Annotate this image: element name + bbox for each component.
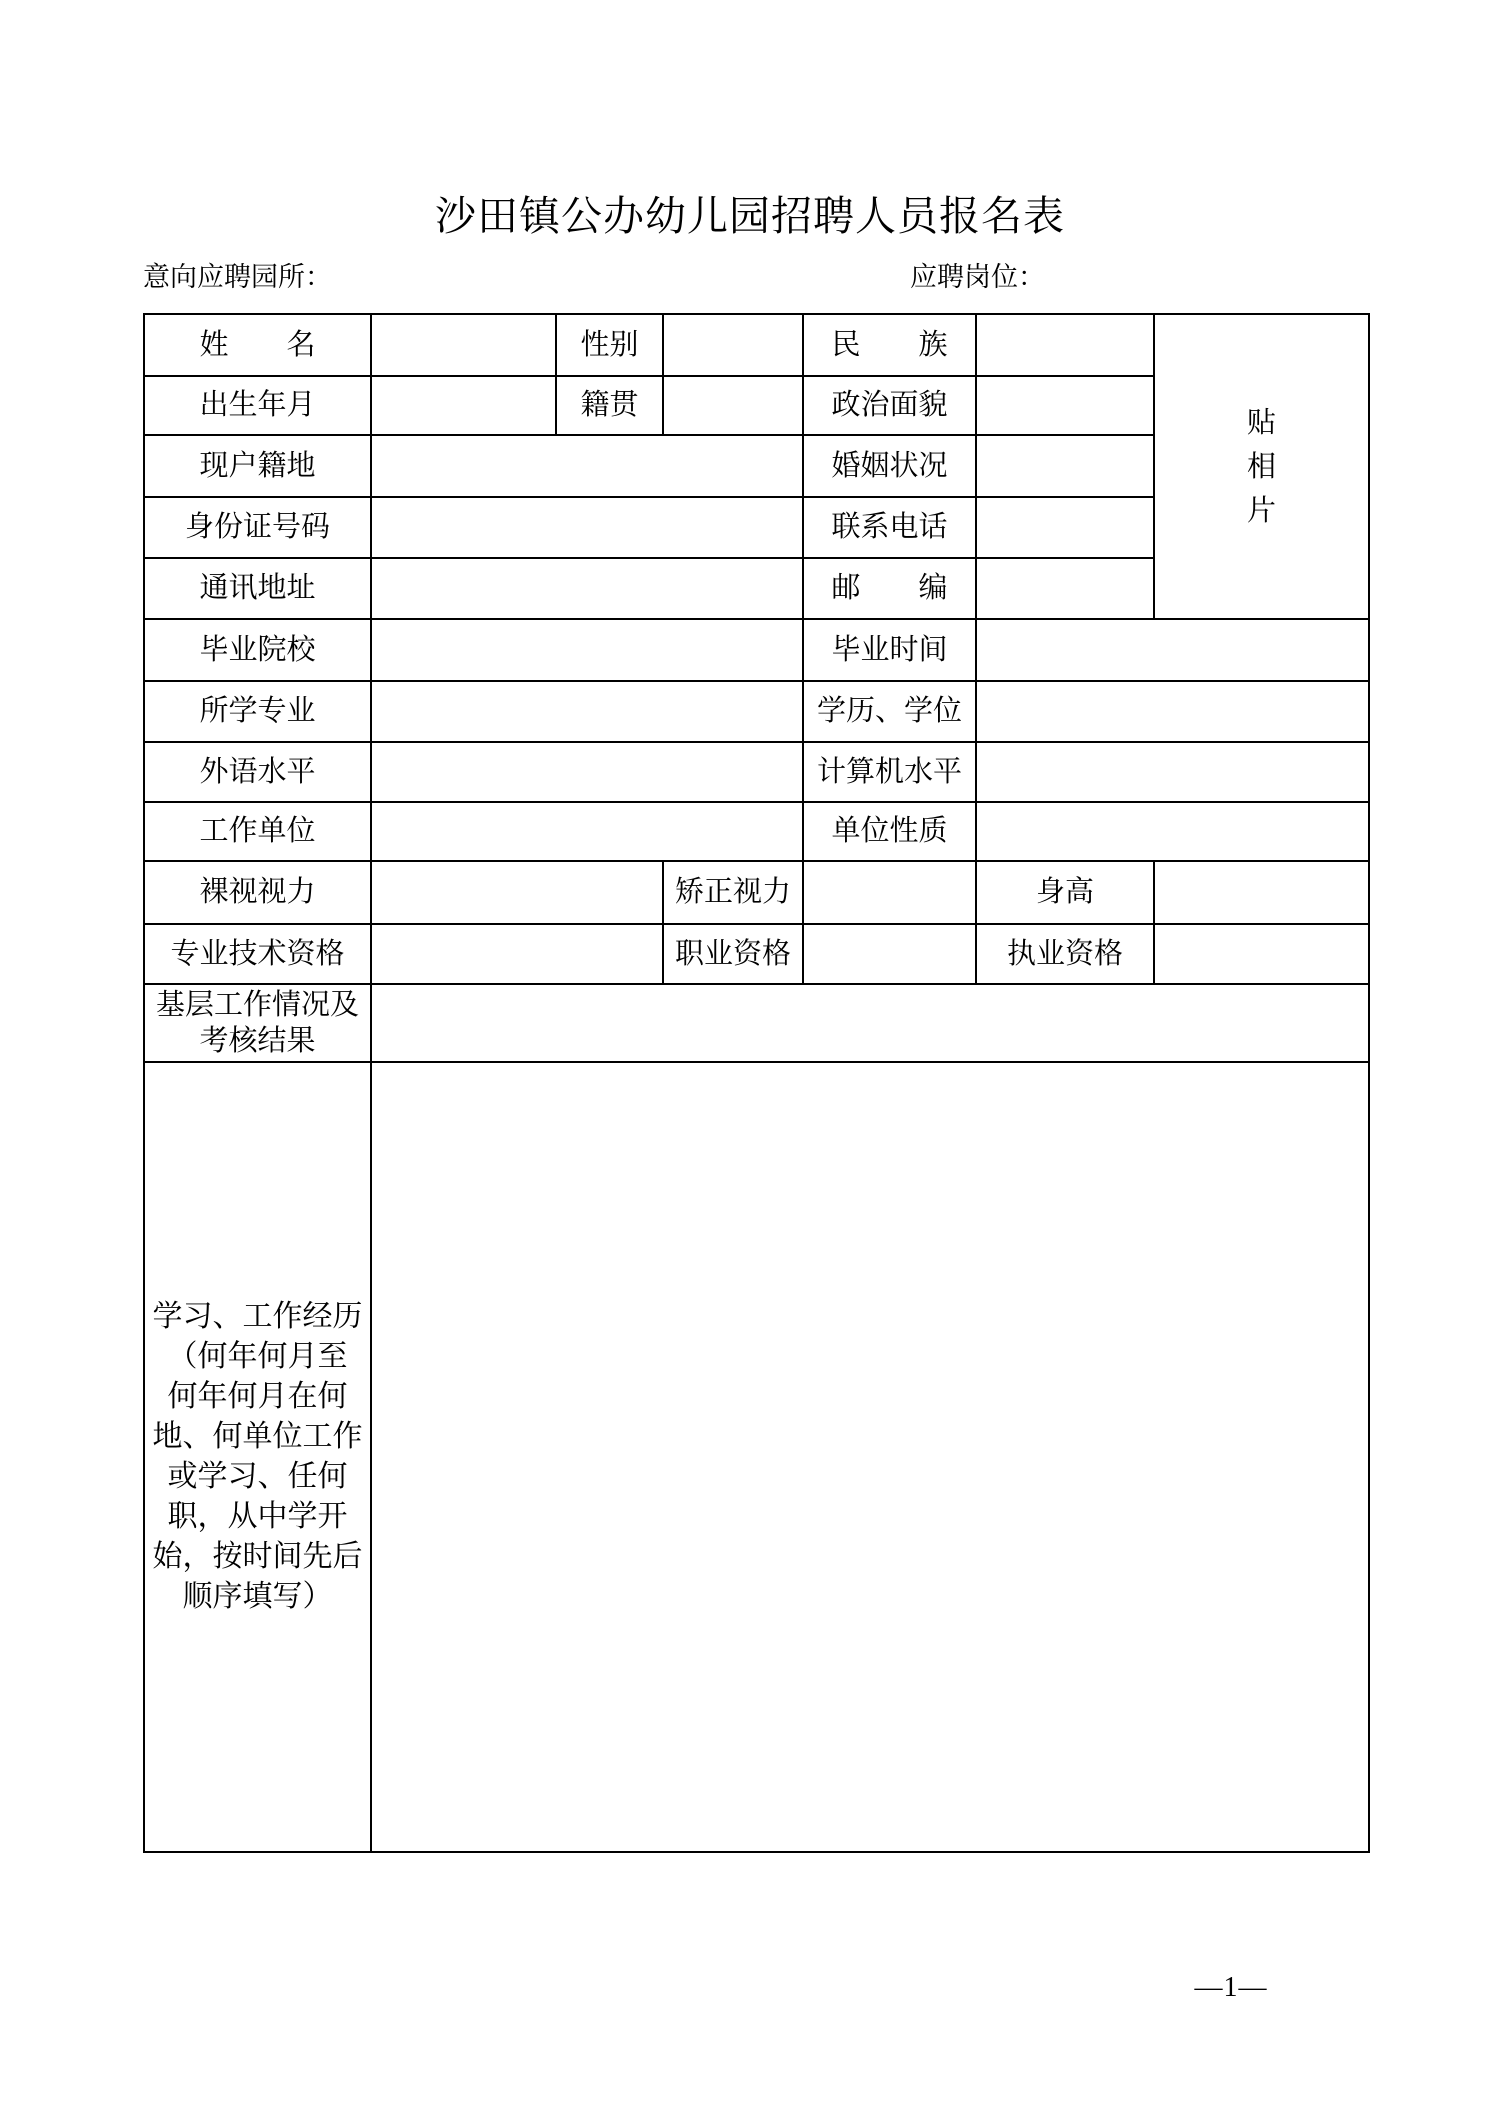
field-native-place-value <box>663 376 803 435</box>
field-employer-value <box>371 802 803 861</box>
label-political-status: 政治面貌 <box>803 376 976 435</box>
field-name-value <box>371 314 556 376</box>
row-experience: 学习、工作经历 （何年何月至 何年何月在何 地、何单位工作 或学习、任何 职，从… <box>144 1062 1369 1852</box>
field-foreign-language-value <box>371 742 803 802</box>
label-foreign-language: 外语水平 <box>144 742 371 802</box>
field-unit-type-value <box>976 802 1369 861</box>
intended-kindergarten-label: 意向应聘园所： <box>143 255 332 294</box>
field-occupational-qualification-value <box>803 924 976 984</box>
label-birth-date: 出生年月 <box>144 376 371 435</box>
label-employer: 工作单位 <box>144 802 371 861</box>
label-professional-qualification: 专业技术资格 <box>144 924 371 984</box>
row-major: 所学专业 学历、学位 <box>144 681 1369 742</box>
field-marital-status-value <box>976 435 1154 497</box>
row-school: 毕业院校 毕业时间 <box>144 619 1369 681</box>
label-gender: 性别 <box>556 314 663 376</box>
applied-position-label: 应聘岗位： <box>910 255 1045 294</box>
label-mailing-address: 通讯地址 <box>144 558 371 619</box>
label-id-number: 身份证号码 <box>144 497 371 558</box>
label-marital-status: 婚姻状况 <box>803 435 976 497</box>
label-experience: 学习、工作经历 （何年何月至 何年何月在何 地、何单位工作 或学习、任何 职，从… <box>144 1062 371 1852</box>
field-degree-value <box>976 681 1369 742</box>
label-major: 所学专业 <box>144 681 371 742</box>
field-graduation-time-value <box>976 619 1369 681</box>
field-phone-value <box>976 497 1154 558</box>
field-political-status-value <box>976 376 1154 435</box>
label-corrected-vision: 矫正视力 <box>663 861 803 924</box>
label-phone: 联系电话 <box>803 497 976 558</box>
field-household-registration-value <box>371 435 803 497</box>
label-grassroots-work: 基层工作情况及 考核结果 <box>144 984 371 1062</box>
field-ethnicity-value <box>976 314 1154 376</box>
label-naked-vision: 裸视视力 <box>144 861 371 924</box>
label-occupational-qualification: 职业资格 <box>663 924 803 984</box>
field-major-value <box>371 681 803 742</box>
field-mailing-address-value <box>371 558 803 619</box>
label-height: 身高 <box>976 861 1154 924</box>
label-postcode: 邮 编 <box>803 558 976 619</box>
label-computer-skill: 计算机水平 <box>803 742 976 802</box>
field-gender-value <box>663 314 803 376</box>
row-foreign-language: 外语水平 计算机水平 <box>144 742 1369 802</box>
photo-paste-cell: 贴 相 片 <box>1154 314 1369 619</box>
row-name: 姓 名 性别 民 族 贴 相 片 <box>144 314 1369 376</box>
field-corrected-vision-value <box>803 861 976 924</box>
label-ethnicity: 民 族 <box>803 314 976 376</box>
field-practice-qualification-value <box>1154 924 1369 984</box>
field-birth-date-value <box>371 376 556 435</box>
label-name: 姓 名 <box>144 314 371 376</box>
field-professional-qualification-value <box>371 924 663 984</box>
label-native-place: 籍贯 <box>556 376 663 435</box>
field-graduate-school-value <box>371 619 803 681</box>
field-id-number-value <box>371 497 803 558</box>
field-height-value <box>1154 861 1369 924</box>
row-qualifications: 专业技术资格 职业资格 执业资格 <box>144 924 1369 984</box>
application-form-page: 沙田镇公办幼儿园招聘人员报名表 意向应聘园所： 应聘岗位： 姓 名 性别 民 族… <box>0 0 1500 2123</box>
page-title: 沙田镇公办幼儿园招聘人员报名表 <box>0 183 1500 242</box>
row-vision: 裸视视力 矫正视力 身高 <box>144 861 1369 924</box>
row-employer: 工作单位 单位性质 <box>144 802 1369 861</box>
application-form-table: 姓 名 性别 民 族 贴 相 片 出生年月 籍贯 政治面貌 现户籍地 婚姻状况 <box>143 313 1370 1853</box>
label-graduation-time: 毕业时间 <box>803 619 976 681</box>
field-grassroots-work-value <box>371 984 1369 1062</box>
label-degree: 学历、学位 <box>803 681 976 742</box>
label-graduate-school: 毕业院校 <box>144 619 371 681</box>
label-unit-type: 单位性质 <box>803 802 976 861</box>
field-naked-vision-value <box>371 861 663 924</box>
label-practice-qualification: 执业资格 <box>976 924 1154 984</box>
page-number: —1— <box>1151 1972 1311 2004</box>
field-postcode-value <box>976 558 1154 619</box>
row-grassroots-work: 基层工作情况及 考核结果 <box>144 984 1369 1062</box>
field-computer-skill-value <box>976 742 1369 802</box>
field-experience-value <box>371 1062 1369 1852</box>
label-household-registration: 现户籍地 <box>144 435 371 497</box>
